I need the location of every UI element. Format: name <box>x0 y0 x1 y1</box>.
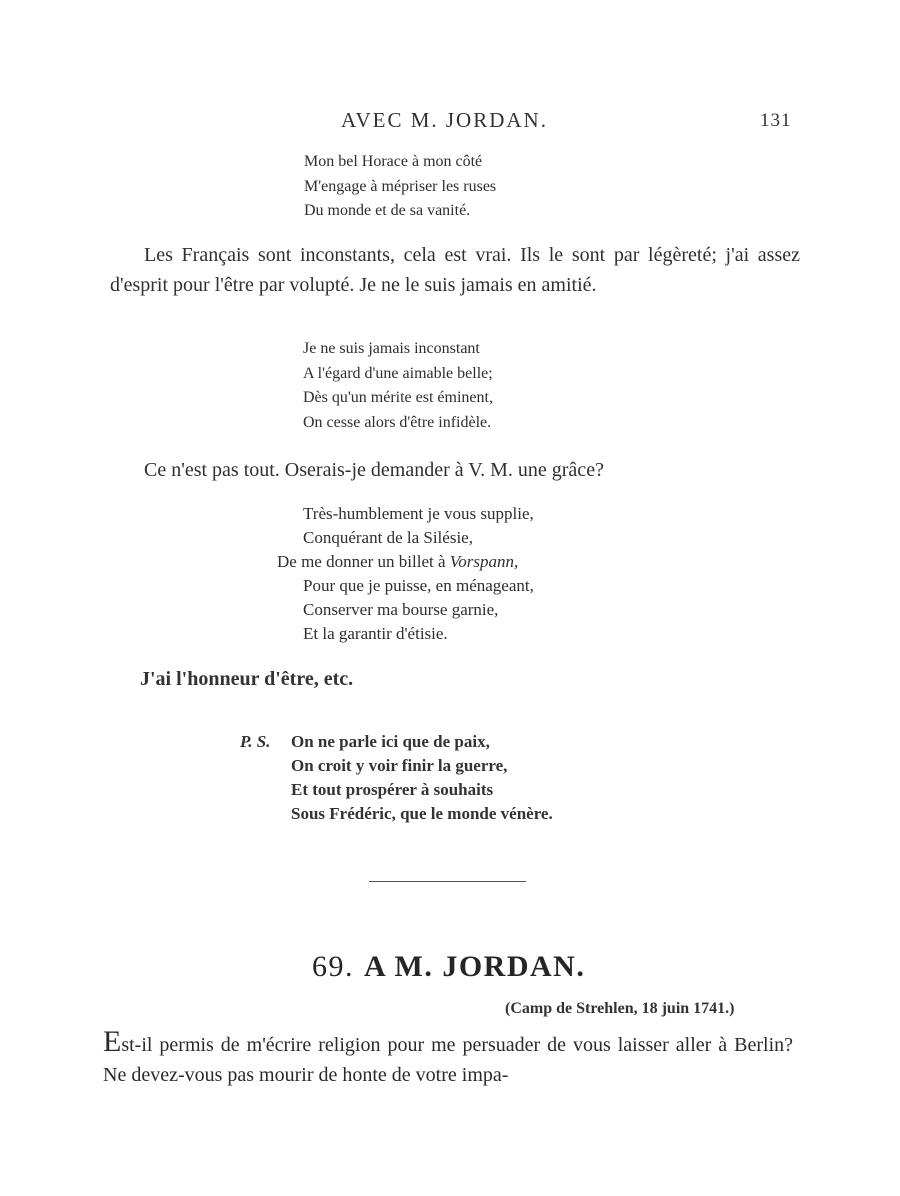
verse-line: Conserver ma bourse garnie, <box>277 598 534 622</box>
verse-line: Dès qu'un mérite est éminent, <box>303 386 493 411</box>
verse-line: Très-humblement je vous supplie, <box>277 502 534 526</box>
running-head: AVEC M. JORDAN. <box>341 108 548 133</box>
verse-line: On croit y voir finir la guerre, <box>291 754 553 778</box>
verse-line: Conquérant de la Silésie, <box>277 526 534 550</box>
verse-line: Sous Frédéric, que le monde vénère. <box>291 802 553 826</box>
postscript: P. S. On ne parle ici que de paix, On cr… <box>240 730 553 826</box>
letter-body: Est-il permis de m'écrire religion pour … <box>103 1030 793 1090</box>
verse-line: A l'égard d'une aimable belle; <box>303 362 493 387</box>
verse-line: On cesse alors d'être infidèle. <box>303 411 493 436</box>
verse-line: De me donner un billet à Vorspann, <box>277 550 534 574</box>
verse-line: Et tout prospérer à souhaits <box>291 778 553 802</box>
drop-cap: E <box>103 1025 121 1058</box>
verse-line: Pour que je puisse, en ménageant, <box>277 574 534 598</box>
verse-line-text: De me donner un billet à <box>277 552 450 571</box>
verse-line: Je ne suis jamais inconstant <box>303 337 493 362</box>
verse-stanza-2: Je ne suis jamais inconstant A l'égard d… <box>303 337 493 435</box>
letter-number: 69. <box>312 950 354 983</box>
letter-body-text: st-il permis de m'écrire religion pour m… <box>103 1034 793 1086</box>
page-number: 131 <box>760 110 792 132</box>
letter-dateline: (Camp de Strehlen, 18 juin 1741.) <box>505 1000 735 1018</box>
verse-line: Et la garantir d'étisie. <box>277 622 534 646</box>
postscript-label: P. S. <box>240 730 270 754</box>
prose-paragraph-1: Les Français sont inconstants, cela est … <box>110 240 800 300</box>
verse-line: M'engage à mépriser les ruses <box>304 175 496 200</box>
verse-stanza-3: Très-humblement je vous supplie, Conquér… <box>277 502 534 646</box>
verse-line: Du monde et de sa vanité. <box>304 199 496 224</box>
letter-title: A M. JORDAN. <box>364 950 585 983</box>
closing-line: J'ai l'honneur d'être, etc. <box>140 668 353 691</box>
section-divider <box>369 881 526 882</box>
verse-stanza-1: Mon bel Horace à mon côté M'engage à mép… <box>304 150 496 224</box>
verse-line: Mon bel Horace à mon côté <box>304 150 496 175</box>
prose-paragraph-2: Ce n'est pas tout. Oserais-je demander à… <box>144 455 604 485</box>
letter-heading: 69.A M. JORDAN. <box>312 950 585 984</box>
italic-word: Vorspann, <box>450 552 518 571</box>
verse-line: On ne parle ici que de paix, <box>291 730 553 754</box>
